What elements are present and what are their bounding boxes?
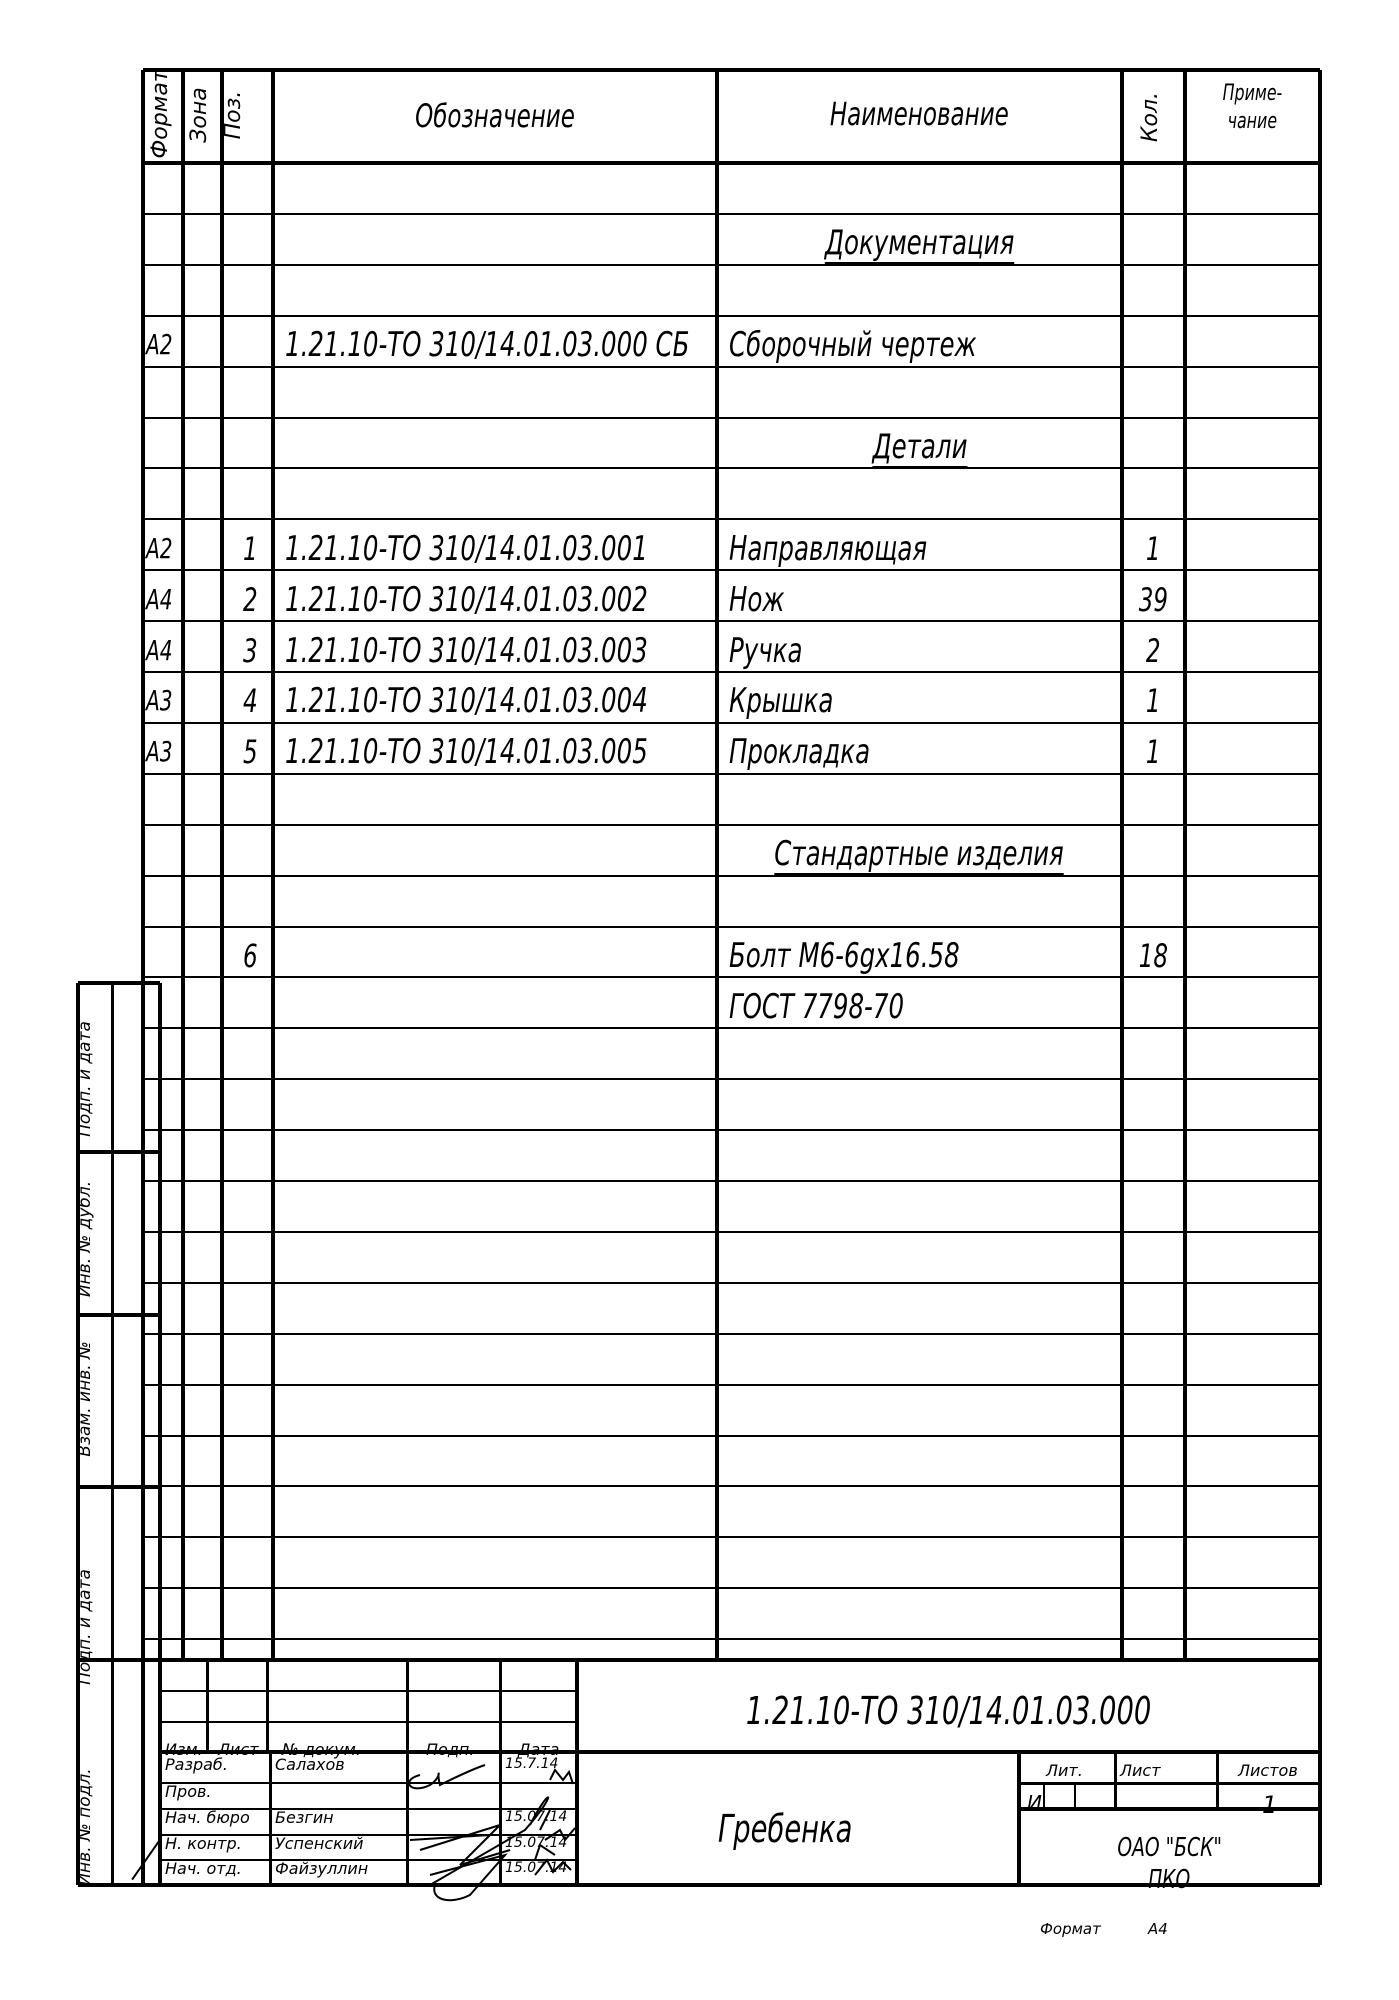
row-section-title: Документация [717,226,1122,264]
h-line [143,518,1320,520]
h-line [143,1027,1320,1029]
row-pos: 4 [222,685,263,717]
h-line [143,1384,1320,1386]
h-line [143,264,1320,266]
product-name: Гребенка [718,1810,905,1848]
h-line [160,1750,577,1754]
row-format: А4 [146,637,186,665]
v-line [271,70,275,1660]
h-line [143,1587,1320,1589]
h-line [143,161,1320,165]
h-line [143,366,1320,368]
row-name: Нож [729,583,1129,617]
role-label: Разраб. [165,1757,228,1773]
h-line [78,1150,160,1154]
h-line [78,1313,160,1317]
header-pos: Поз. [223,75,249,155]
h-line [143,1485,1320,1487]
sheet-label: Лист [1120,1763,1161,1779]
role-surname: Салахов [275,1757,345,1773]
header-qty: Кол. [1140,87,1166,147]
role-surname: Файзуллин [275,1861,368,1877]
h-line [143,1282,1320,1284]
row-format: А3 [146,687,186,715]
v-line [111,983,114,1885]
h-line [143,68,1320,72]
lit-label: Лит. [1046,1763,1083,1779]
h-line [143,824,1320,826]
row-pos: 3 [222,635,263,667]
h-line [143,875,1320,877]
row-qty: 1 [1122,685,1185,717]
row-format: А3 [146,738,186,766]
sheets-label: Листов [1238,1763,1298,1779]
h-line [143,722,1320,724]
row-name: Направляющая [729,532,1129,566]
h-line [143,1333,1320,1335]
role-label: Н. контр. [165,1836,242,1852]
format-value: А4 [1148,1922,1168,1937]
row-designation: 1.21.10-ТО 310/14.01.03.000 СБ [285,328,725,362]
h-line [1019,1782,1320,1785]
header-note: Приме- чание [1185,80,1320,136]
h-line [78,1883,160,1887]
h-line [143,773,1320,775]
header-format: Формат [150,64,176,164]
row-qty: 2 [1122,635,1185,667]
row-qty: 1 [1122,736,1185,768]
side-inv-podl: Инв. № подл. [77,1762,99,1892]
h-line [160,1658,577,1662]
row-name: Болт М6-6gx16.58 [729,939,1129,973]
v-line [266,1660,269,1752]
v-line [269,1752,272,1885]
v-line [1120,70,1124,1660]
h-line [143,1078,1320,1080]
h-line [143,315,1320,317]
row-pos: 5 [222,736,263,768]
h-line [143,1180,1320,1182]
row-qty: 1 [1122,533,1185,565]
row-format: А4 [146,586,186,614]
row-name: Ручка [729,634,1129,668]
row-designation: 1.21.10-ТО 310/14.01.03.002 [285,583,725,617]
side-inv-dubl: Инв. № дубл. [77,1174,99,1304]
v-line [181,70,185,1660]
v-line [1216,1752,1219,1809]
v-line [76,983,80,1885]
side-vzam-inv: Взам. инв. № [77,1334,99,1464]
v-line [1183,70,1187,1660]
row-format: А2 [146,535,186,563]
row-designation: 1.21.10-ТО 310/14.01.03.001 [285,532,725,566]
h-line [143,926,1320,928]
row-pos: 1 [222,533,263,565]
h-line [143,467,1320,469]
header-designation: Обозначение [273,100,717,132]
row-section-title: Детали [717,430,1122,468]
row-designation: 1.21.10-ТО 310/14.01.03.004 [285,684,725,718]
h-line [143,620,1320,622]
row-designation: 1.21.10-ТО 310/14.01.03.003 [285,634,725,668]
role-surname: Безгин [275,1810,334,1826]
row-qty: 18 [1122,940,1185,972]
row-pos: 2 [222,584,263,616]
role-surname: Успенский [275,1836,364,1852]
row-name: Крышка [729,684,1129,718]
h-line [78,1485,160,1489]
row-name: Сборочный чертеж [729,328,1129,362]
h-line [577,1750,1320,1754]
h-line [143,213,1320,215]
format-label: Формат [1040,1922,1101,1937]
role-label: Нач. бюро [165,1810,250,1826]
h-line [143,976,1320,978]
h-line [143,417,1320,419]
title-designation: 1.21.10-ТО 310/14.01.03.000 [577,1692,1320,1730]
h-line [78,1658,160,1662]
row-name: Прокладка [729,735,1129,769]
row-pos: 6 [222,940,263,972]
h-line [143,1231,1320,1233]
h-line [1019,1807,1320,1811]
h-line [160,1690,577,1692]
h-line [143,1129,1320,1131]
h-line [160,1721,577,1723]
h-line [143,1536,1320,1538]
v-line [715,70,719,1660]
sheets-value: 1 [1262,1793,1277,1817]
h-line [143,1435,1320,1437]
v-line [1043,1783,1045,1809]
h-line [143,1638,1320,1640]
signatures [390,1755,590,1905]
v-line [1074,1783,1076,1809]
row-designation: 1.21.10-ТО 310/14.01.03.005 [285,735,725,769]
side-podp-data-bottom: Подп. и дата [77,1562,99,1692]
v-line [206,1660,209,1752]
v-line [1017,1752,1021,1885]
row-qty: 39 [1122,584,1185,616]
role-label: Пров. [165,1784,212,1800]
side-podp-data-top: Подп. и дата [77,1014,99,1144]
row-name: ГОСТ 7798-70 [729,990,1129,1024]
header-zone: Зона [189,65,215,165]
header-name: Наименование [717,98,1122,130]
h-line [143,569,1320,571]
h-line [78,981,160,985]
h-line [143,671,1320,673]
v-line [1114,1752,1117,1809]
row-format: А2 [146,331,186,359]
row-section-title: Стандартные изделия [717,837,1122,875]
v-line [220,70,224,1660]
role-label: Нач. отд. [165,1861,242,1877]
